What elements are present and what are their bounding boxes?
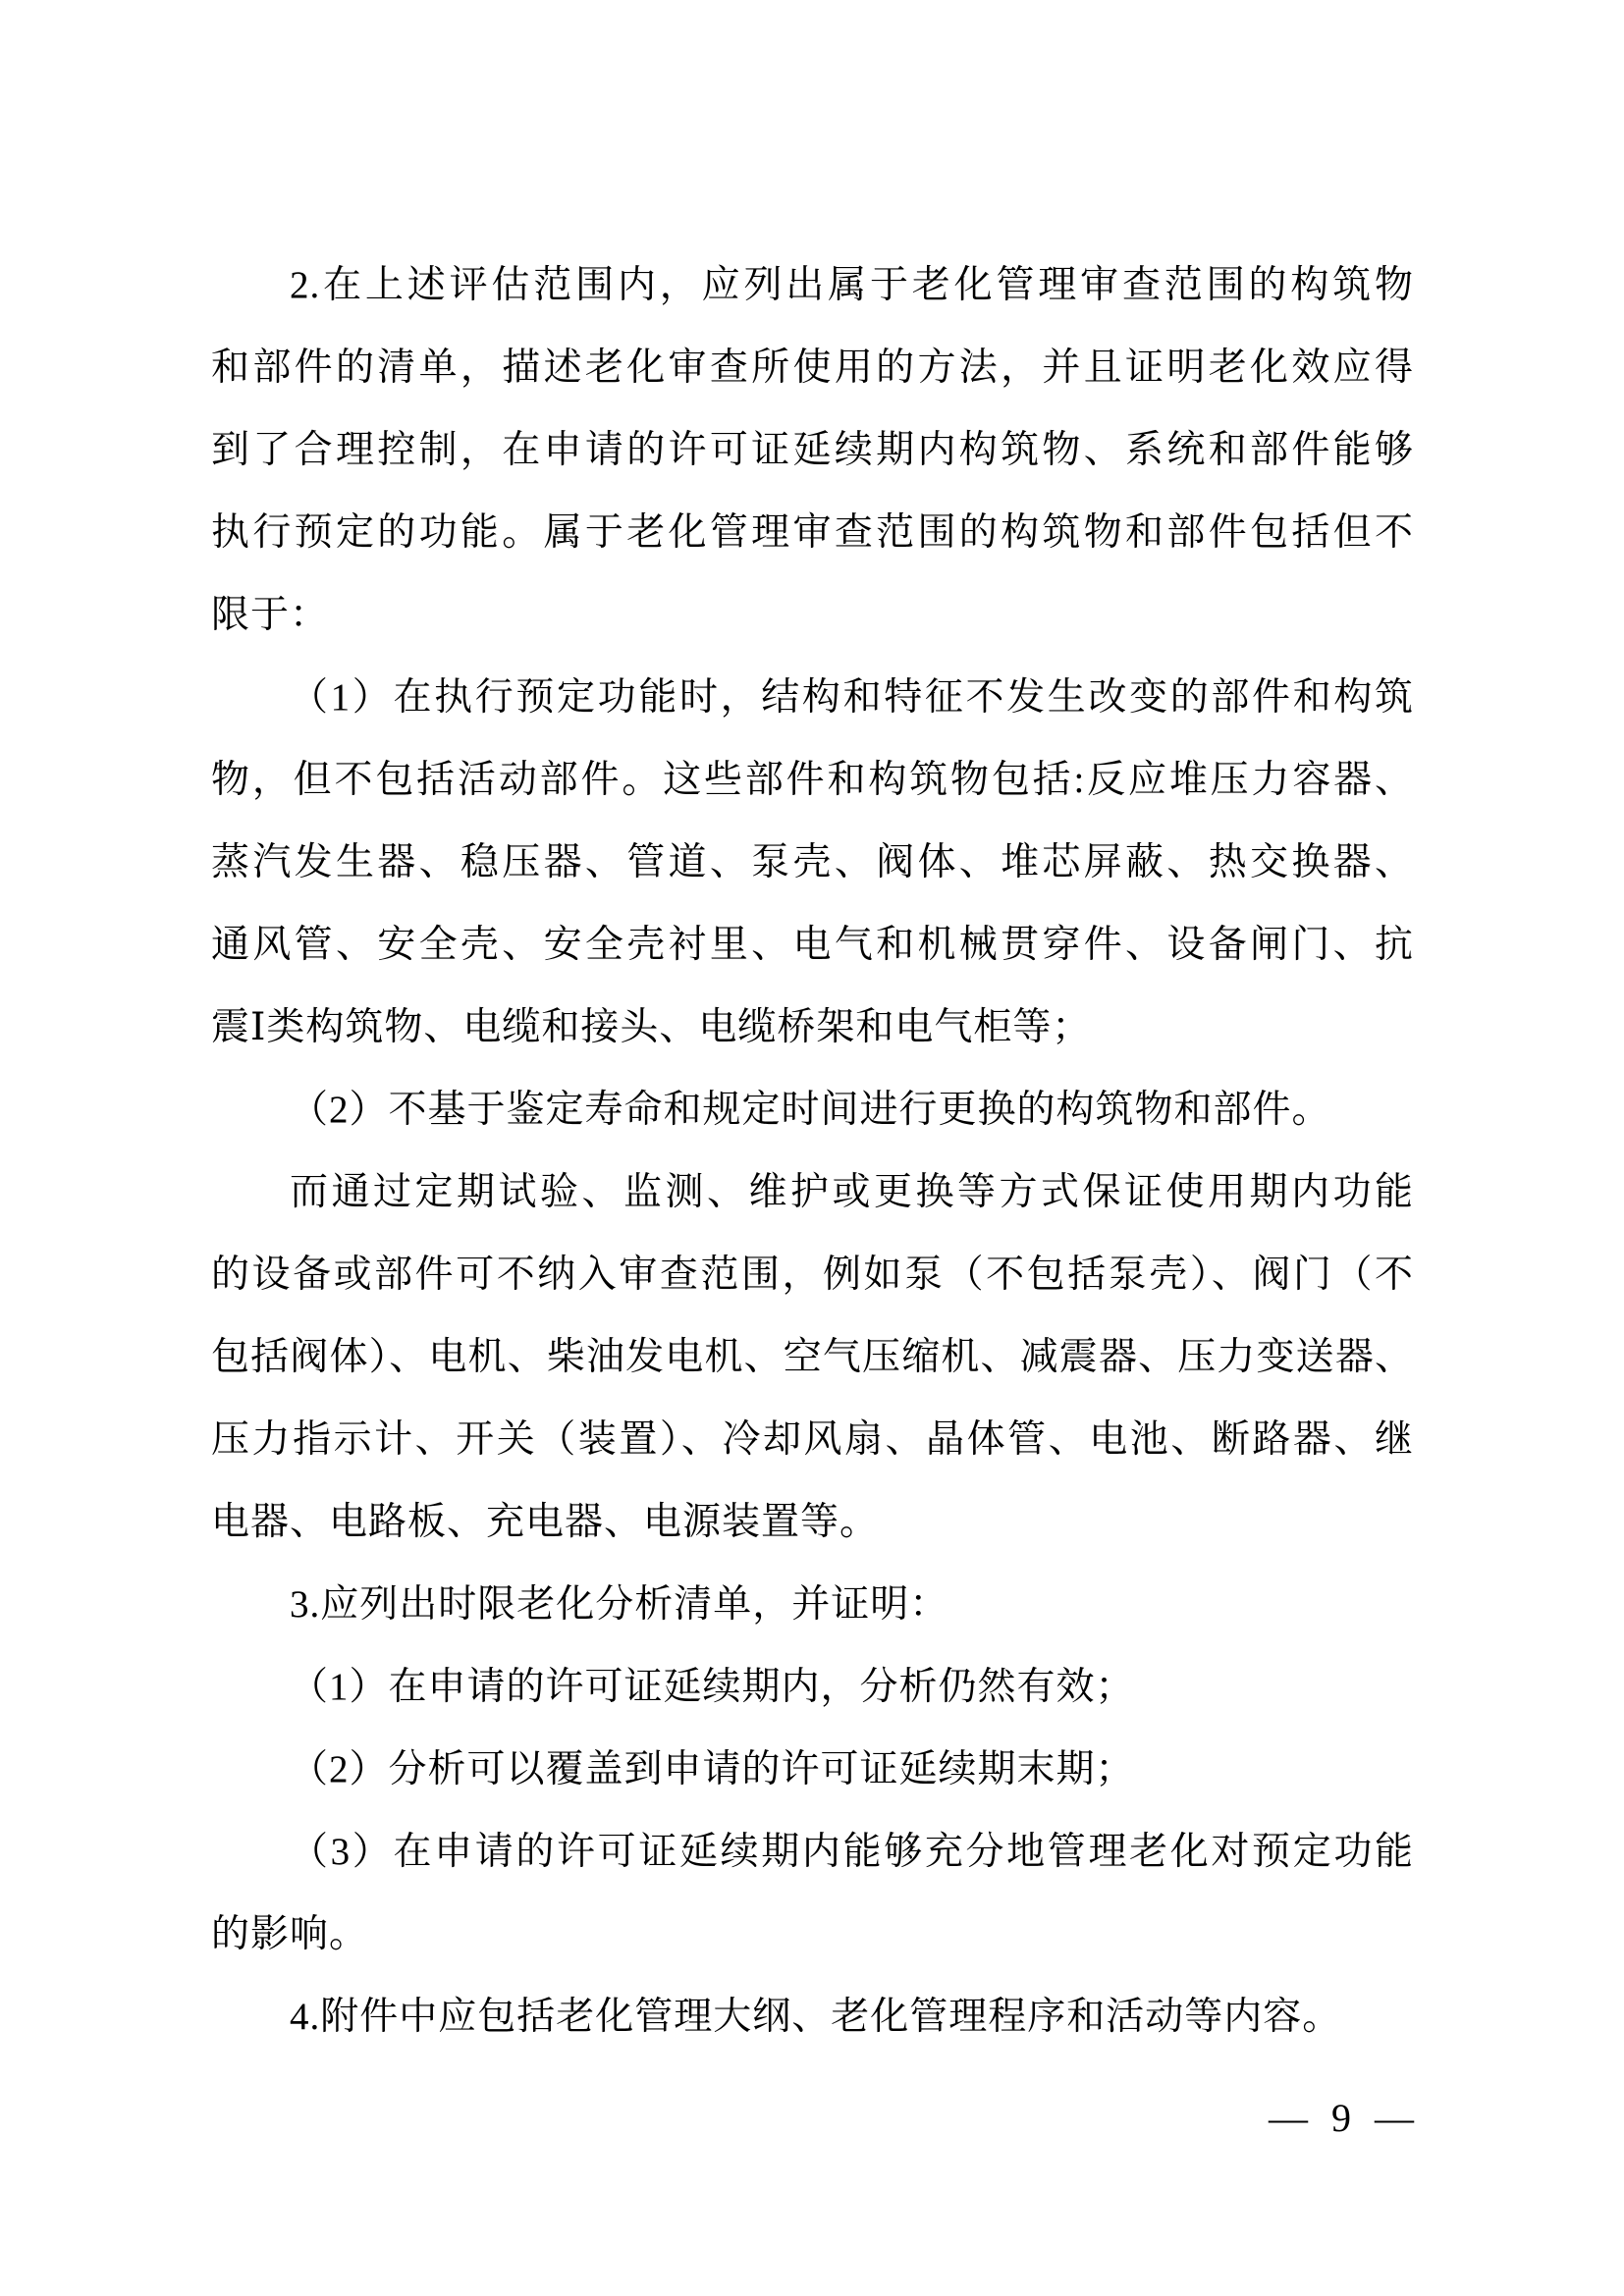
text-line: 通风管、安全壳、安全壳衬里、电气和机械贯穿件、设备闸门、抗 [211, 904, 1414, 987]
text-line: 而通过定期试验、监测、维护或更换等方式保证使用期内功能 [211, 1151, 1414, 1234]
text-line: 4.附件中应包括老化管理大纲、老化管理程序和活动等内容。 [211, 1976, 1414, 2058]
paragraph: （2）分析可以覆盖到申请的许可证延续期末期； [211, 1729, 1414, 1811]
text-line: 包括阀体）、电机、柴油发电机、空气压缩机、减震器、压力变送器、 [211, 1316, 1414, 1399]
text-line: 执行预定的功能。属于老化管理审查范围的构筑物和部件包括但不 [211, 492, 1414, 574]
text-line: 震Ⅰ类构筑物、电缆和接头、电缆桥架和电气柜等； [211, 987, 1414, 1069]
paragraph: （3）在申请的许可证延续期内能够充分地管理老化对预定功能的影响。 [211, 1811, 1414, 1976]
text-line: 物，但不包括活动部件。这些部件和构筑物包括:反应堆压力容器、 [211, 739, 1414, 822]
text-line: 的影响。 [211, 1894, 1414, 1976]
text-line: （1）在申请的许可证延续期内，分析仍然有效； [211, 1646, 1414, 1729]
text-line: （2）不基于鉴定寿命和规定时间进行更换的构筑物和部件。 [211, 1069, 1414, 1151]
page-number: — 9 — [1269, 2097, 1414, 2140]
text-line: 压力指示计、开关（装置）、冷却风扇、晶体管、电池、断路器、继 [211, 1399, 1414, 1481]
paragraph: （1）在申请的许可证延续期内，分析仍然有效； [211, 1646, 1414, 1729]
text-line: 3.应列出时限老化分析清单，并证明： [211, 1564, 1414, 1646]
document-body: 2.在上述评估范围内，应列出属于老化管理审查范围的构筑物和部件的清单，描述老化审… [211, 244, 1414, 2058]
text-line: 的设备或部件可不纳入审查范围，例如泵（不包括泵壳）、阀门（不 [211, 1234, 1414, 1316]
text-line: （2）分析可以覆盖到申请的许可证延续期末期； [211, 1729, 1414, 1811]
paragraph: （1）在执行预定功能时，结构和特征不发生改变的部件和构筑物，但不包括活动部件。这… [211, 657, 1414, 1069]
text-line: 限于： [211, 574, 1414, 657]
text-line: （1）在执行预定功能时，结构和特征不发生改变的部件和构筑 [211, 657, 1414, 739]
paragraph: （2）不基于鉴定寿命和规定时间进行更换的构筑物和部件。 [211, 1069, 1414, 1151]
text-line: 电器、电路板、充电器、电源装置等。 [211, 1481, 1414, 1564]
text-line: 2.在上述评估范围内，应列出属于老化管理审查范围的构筑物 [211, 244, 1414, 327]
paragraph: 2.在上述评估范围内，应列出属于老化管理审查范围的构筑物和部件的清单，描述老化审… [211, 244, 1414, 657]
paragraph: 4.附件中应包括老化管理大纲、老化管理程序和活动等内容。 [211, 1976, 1414, 2058]
paragraph: 而通过定期试验、监测、维护或更换等方式保证使用期内功能的设备或部件可不纳入审查范… [211, 1151, 1414, 1564]
paragraph: 3.应列出时限老化分析清单，并证明： [211, 1564, 1414, 1646]
text-line: （3）在申请的许可证延续期内能够充分地管理老化对预定功能 [211, 1811, 1414, 1894]
text-line: 和部件的清单，描述老化审查所使用的方法，并且证明老化效应得 [211, 327, 1414, 409]
document-page: 2.在上述评估范围内，应列出属于老化管理审查范围的构筑物和部件的清单，描述老化审… [0, 0, 1624, 2296]
text-line: 到了合理控制，在申请的许可证延续期内构筑物、系统和部件能够 [211, 409, 1414, 492]
text-line: 蒸汽发生器、稳压器、管道、泵壳、阀体、堆芯屏蔽、热交换器、 [211, 822, 1414, 904]
